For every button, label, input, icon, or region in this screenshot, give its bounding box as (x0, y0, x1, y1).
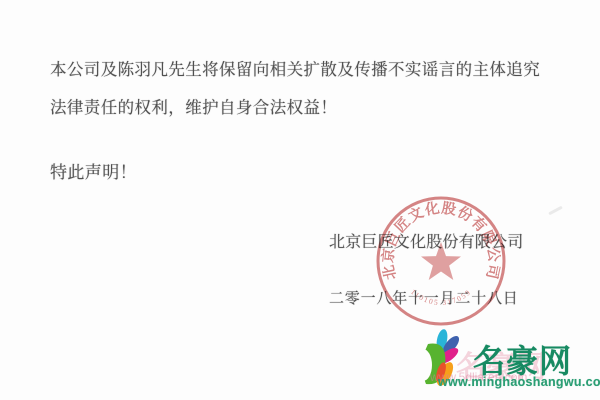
scan-artifact (548, 206, 563, 216)
watermark-site-url: www.minghaoshangwu.com (438, 375, 600, 389)
statement-body-line1: 本公司及陈羽凡先生将保留向相关扩散及传播不实谣言的主体追究 (50, 56, 540, 80)
svg-text:110105 317059: 110105 317059 (409, 287, 473, 307)
company-seal: 北京巨匠文化股份有限公司 110105 317059 (374, 194, 508, 328)
seal-serial-number: 110105 317059 (409, 287, 473, 307)
star-icon (421, 242, 461, 280)
statement-closing: 特此声明！ (50, 158, 137, 183)
statement-body-line2: 法律责任的权利，维护自身合法权益！ (50, 94, 337, 118)
site-watermark: 名豪网 名豪网 www.5dliaren.com www.minghaoshan… (418, 328, 600, 400)
statement-document: 本公司及陈羽凡先生将保留向相关扩散及传播不实谣言的主体追究 法律责任的权利，维护… (0, 0, 600, 400)
